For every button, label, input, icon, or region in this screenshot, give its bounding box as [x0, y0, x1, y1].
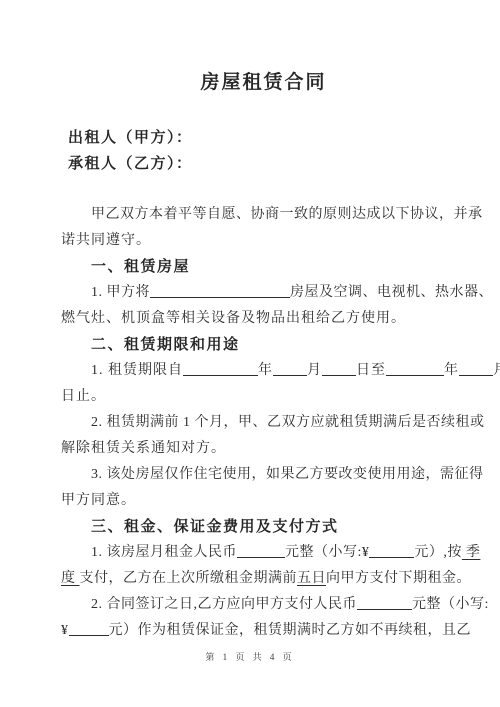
text-run: 2. 合同签订之日,乙方应向甲方支付人民币 [91, 597, 357, 612]
paragraph: 3. 该处房屋仅作住宅使用，如果乙方要改变使用用途，需征得甲方同意。 [61, 462, 466, 514]
document-body: 甲乙双方本着平等自愿、协商一致的原则达成以下协议，并承诺共同遵守。一、租赁房屋1… [61, 202, 466, 644]
text-line: 甲方同意。 [61, 488, 466, 514]
text-run: 甲方同意。 [61, 493, 136, 508]
blank-field [357, 597, 412, 610]
blank-field [322, 363, 356, 376]
lessee-line: 承租人（乙方）： [61, 151, 466, 177]
paragraph: 2. 合同签订之日,乙方应向甲方支付人民币元整（小写:¥元）作为租赁保证金，租赁… [61, 592, 466, 644]
text-line: 燃气灶、机顶盒等相关设备及物品出租给乙方使用。 [61, 306, 466, 332]
text-line: 1. 甲方将房屋及空调、电视机、热水器、 [61, 280, 466, 306]
text-run: 元）,按 [414, 545, 462, 560]
text-line: ¥元）作为租赁保证金，租赁期满时乙方如不再续租，且乙 [61, 618, 466, 644]
text-line: 诺共同遵守。 [61, 228, 466, 254]
paragraph: 1. 甲方将房屋及空调、电视机、热水器、燃气灶、机顶盒等相关设备及物品出租给乙方… [61, 280, 466, 332]
text-run: 2. 租赁期满前 1 个月，甲、乙双方应就租赁期满后是否续租或 [91, 415, 485, 430]
text-run: 房屋及空调、电视机、热水器、 [290, 285, 493, 300]
text-line: 日止。 [61, 384, 466, 410]
section-heading: 三、租金、保证金费用及支付方式 [61, 514, 466, 540]
blank-field [273, 363, 307, 376]
blank-field [386, 363, 444, 376]
blank-field [459, 363, 493, 376]
text-line: 度 支付，乙方在上次所缴租金期满前五日向甲方支付下期租金。 [61, 566, 466, 592]
section-heading: 一、租赁房屋 [61, 254, 466, 280]
text-run: 年 [258, 363, 273, 378]
document-title: 房屋租赁合同 [61, 70, 466, 96]
paragraph: 1. 租赁期限自年月日至年月日止。 [61, 358, 466, 410]
underlined-text: 度 [61, 571, 80, 586]
paragraph: 甲乙双方本着平等自愿、协商一致的原则达成以下协议，并承诺共同遵守。 [61, 202, 466, 254]
text-run: 元）作为租赁保证金，租赁期满时乙方如不再续租，且乙 [109, 623, 472, 638]
paragraph: 2. 租赁期满前 1 个月，甲、乙双方应就租赁期满后是否续租或解除租赁关系通知对… [61, 410, 466, 462]
parties-block: 出租人（甲方）： 承租人（乙方）： [61, 125, 466, 177]
text-line: 3. 该处房屋仅作住宅使用，如果乙方要改变使用用途，需征得 [61, 462, 466, 488]
text-run: 3. 该处房屋仅作住宅使用，如果乙方要改变使用用途，需征得 [91, 467, 484, 482]
text-line: 甲乙双方本着平等自愿、协商一致的原则达成以下协议，并承 [61, 202, 466, 228]
blank-field [183, 363, 258, 376]
underlined-text: 季 [462, 545, 481, 560]
text-run: 向甲方支付下期租金。 [326, 571, 471, 586]
section-heading: 二、租赁期限和用途 [61, 332, 466, 358]
blank-field [69, 623, 109, 636]
text-run: 燃气灶、机顶盒等相关设备及物品出租给乙方使用。 [61, 311, 406, 326]
text-run: 诺共同遵守。 [61, 233, 151, 248]
contract-page: 房屋租赁合同 出租人（甲方）： 承租人（乙方）： 甲乙双方本着平等自愿、协商一致… [0, 0, 500, 707]
text-run: 元整（小写:¥ [285, 545, 369, 560]
blank-field [237, 545, 285, 558]
text-run: 元整（小写: [412, 597, 489, 612]
text-run: ¥ [61, 623, 69, 638]
page-footer: 第 1 页 共 4 页 [0, 650, 500, 663]
text-line: 解除租赁关系通知对方。 [61, 436, 466, 462]
text-run: 支付，乙方在上次所缴租金期满前 [80, 571, 298, 586]
text-run: 年 [444, 363, 459, 378]
text-run: 日至 [356, 363, 386, 378]
lessor-line: 出租人（甲方）： [61, 125, 466, 151]
text-run: 日止。 [61, 389, 106, 404]
text-run: 月 [493, 363, 500, 378]
text-run: 1. 该房屋月租金人民币 [91, 545, 237, 560]
paragraph: 1. 该房屋月租金人民币元整（小写:¥元）,按 季度 支付，乙方在上次所缴租金期… [61, 540, 466, 592]
text-run: 1. 甲方将 [91, 285, 150, 300]
text-line: 2. 合同签订之日,乙方应向甲方支付人民币元整（小写: [61, 592, 466, 618]
text-run: 1. 租赁期限自 [91, 363, 183, 378]
blank-field [150, 285, 290, 298]
text-line: 1. 该房屋月租金人民币元整（小写:¥元）,按 季 [61, 540, 466, 566]
text-line: 1. 租赁期限自年月日至年月 [61, 358, 466, 384]
blank-field [369, 545, 414, 558]
underlined-text: 五日 [297, 571, 326, 586]
text-line: 2. 租赁期满前 1 个月，甲、乙双方应就租赁期满后是否续租或 [61, 410, 466, 436]
text-run: 解除租赁关系通知对方。 [61, 441, 226, 456]
text-run: 甲乙双方本着平等自愿、协商一致的原则达成以下协议，并承 [91, 207, 483, 222]
text-run: 月 [307, 363, 322, 378]
page-content: 房屋租赁合同 出租人（甲方）： 承租人（乙方）： 甲乙双方本着平等自愿、协商一致… [61, 70, 466, 644]
